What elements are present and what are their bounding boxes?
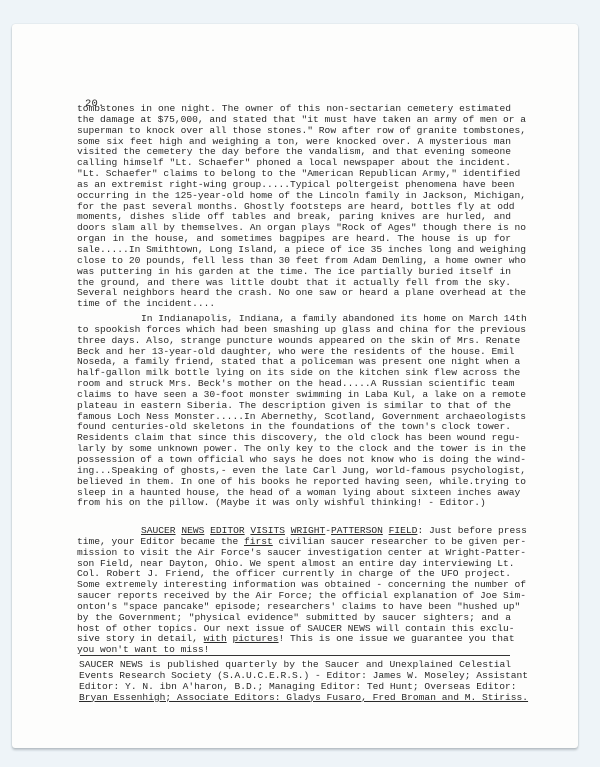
headline-word: EDITOR [210, 525, 245, 536]
headline-tail: : Just before press [417, 525, 526, 536]
text-fragment: time, your Editor became the [77, 536, 244, 547]
paragraph-wright-patterson: SAUCER NEWS EDITOR VISITS WRIGHT-PATTERS… [77, 526, 511, 656]
footer-line: Editor: Y. N. ibn A'haron, B.D.; Managin… [79, 682, 511, 693]
text-fragment: civilian saucer researcher to be given p… [273, 536, 526, 547]
text-fragment: sive story in detail, [77, 633, 204, 644]
emphasis-with: with [204, 633, 227, 644]
text-line: by the Government; "physical evidence" s… [77, 613, 511, 624]
text-line: superman to knock over all those stones.… [77, 126, 511, 137]
footer-line: Bryan Essenhigh; Associate Editors: Glad… [79, 693, 511, 704]
text-line: occurring in the 125-year-old home of th… [77, 191, 511, 202]
text-line: believed in them. In one of his books he… [77, 477, 511, 488]
text-line: three days. Also, strange puncture wound… [77, 336, 511, 347]
text-line: plateau in eastern Siberia. The descript… [77, 401, 511, 412]
text-line: time of the incident.... [77, 299, 511, 310]
emphasis-first: first [244, 536, 273, 547]
footer-divider [80, 655, 510, 656]
emphasis-pictures: pictures [232, 633, 278, 644]
headline-word: WRIGHT [291, 525, 326, 536]
headline-word: NEWS [181, 525, 204, 536]
headline-word: SAUCER [141, 525, 176, 536]
paragraph-poltergeist-news: tombstones in one night. The owner of th… [77, 104, 511, 310]
text-line: from his on the pillow. (Maybe it was on… [77, 498, 511, 509]
paragraph-indianapolis: In Indianapolis, Indiana, a family aband… [77, 314, 511, 509]
headline-word: VISITS [250, 525, 285, 536]
text-line: was puttering in his garden at the time.… [77, 267, 511, 278]
text-fragment: ! This is one issue we guarantee you tha… [279, 633, 515, 644]
headline-word: FIELD [389, 525, 418, 536]
headline-word: PATTERSON [331, 525, 383, 536]
text-line: mission to visit the Air Force's saucer … [77, 548, 511, 559]
masthead-footer: SAUCER NEWS is published quarterly by th… [79, 660, 511, 703]
